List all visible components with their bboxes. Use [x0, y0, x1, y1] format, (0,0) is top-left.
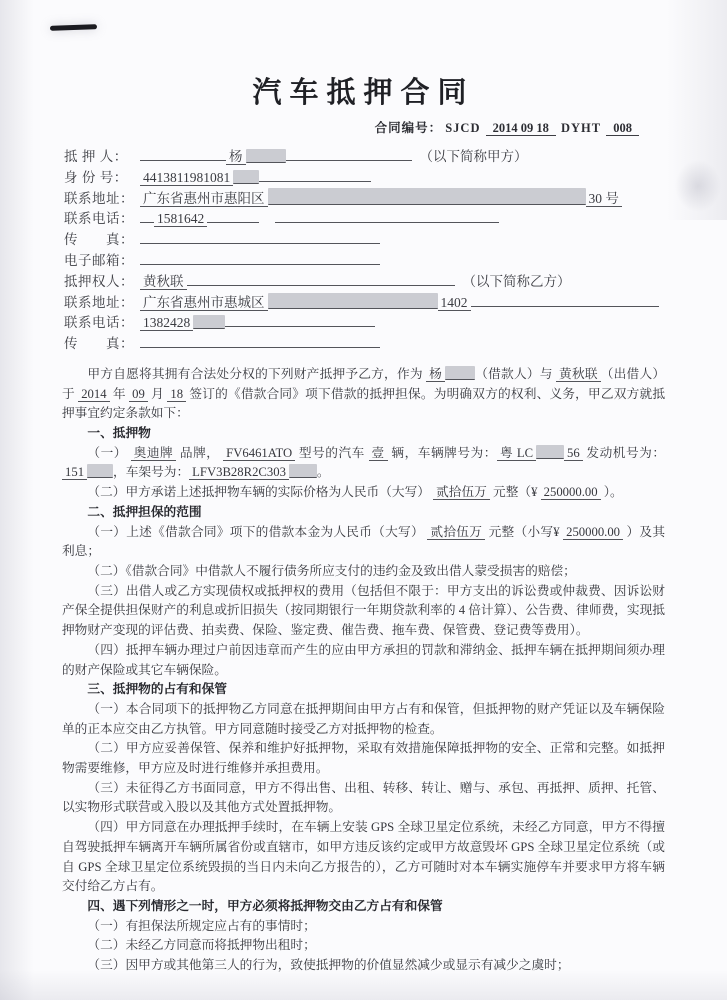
text-run: ）。 — [601, 485, 623, 499]
party-info-form: 抵 押 人：杨（以下简称甲方）身 份 号：4413811981081联系地址：广… — [64, 145, 727, 353]
fill-in-value: 250000.00 — [541, 485, 601, 500]
scan-smudge-right — [675, 160, 721, 212]
form-field-label: 联系地址： — [64, 291, 140, 311]
contract-number-prefix: SJCD — [445, 121, 480, 135]
fill-in-value: 杨 — [226, 149, 246, 165]
section-heading: 一、抵押物 — [62, 424, 665, 444]
scanned-contract-page: 汽车抵押合同 合同编号： SJCD 2014 09 18 DYHT 008 抵 … — [0, 0, 727, 1000]
contract-paragraph: （二）《借款合同》中借款人不履行债务所应支付的违约金及致出借人蒙受损害的赔偿； — [62, 562, 665, 582]
contract-body: 甲方自愿将其拥有合法处分权的下列财产抵押予乙方，作为 杨（借款人）与 黄秋联（出… — [62, 365, 665, 976]
form-row: 联系地址：广东省惠州市惠城区1402 — [64, 291, 727, 312]
form-row: 联系电话：1581642 — [64, 207, 727, 228]
form-field-suffix: （以下简称甲方） — [412, 149, 528, 164]
contract-paragraph: （三）出借人或乙方实现债权或抵押权的费用（包括但不限于：甲方支出的诉讼费或仲裁费… — [62, 582, 665, 641]
form-row: 联系地址：广东省惠州市惠阳区30 号 — [64, 187, 727, 208]
contract-paragraph: （二）甲方承诺上述抵押物车辆的实际价格为人民币（大写） 贰拾伍万 元整（¥ 25… — [62, 483, 665, 503]
form-row: 联系电话：1382428 — [64, 311, 727, 332]
fill-in-value: 1382428 — [140, 315, 193, 331]
contract-paragraph: （四）甲方同意在办理抵押手续时，在车辆上安装 GPS 全球卫星定位系统，未经乙方… — [62, 818, 665, 897]
fill-in-value: 奥迪牌 — [131, 446, 177, 461]
contract-paragraph: （四）抵押车辆办理过户前因违章而产生的应由甲方承担的罚款和滞纳金、抵押车辆在抵押… — [62, 641, 665, 680]
text-run: 元整（小写¥ — [485, 525, 563, 539]
blank-underline — [286, 146, 412, 161]
redaction-box — [246, 149, 286, 163]
form-row: 传 真： — [64, 228, 727, 249]
pen-mark — [50, 24, 97, 31]
text-run: 元整（¥ — [490, 485, 541, 499]
fill-in-value: 4413811981081 — [140, 170, 233, 186]
text-run: 辆，车辆牌号为： — [388, 446, 497, 460]
section-heading: 三、抵押物的占有和保管 — [62, 680, 665, 700]
blank-underline — [187, 271, 455, 286]
redaction-box — [536, 445, 564, 459]
text-run: （三）出借人或乙方实现债权或抵押权的费用（包括但不限于：甲方支出的诉讼费或仲裁费… — [62, 584, 665, 637]
text-run: 发动机号为： — [583, 446, 665, 460]
text-run: （一） — [87, 446, 130, 460]
text-run: （二）《借款合同》中借款人不履行债务所应支付的违约金及致出借人蒙受损害的赔偿； — [87, 564, 575, 578]
fill-in-value: 黄秋联 — [140, 274, 187, 290]
contract-paragraph: （一）本合同项下的抵押物乙方同意在抵押期间由甲方占有和保管，但抵押物的财产凭证以… — [62, 700, 665, 739]
redaction-box — [233, 170, 259, 184]
blank-underline — [140, 229, 380, 244]
section-heading: 四、遇下列情形之一时，甲方必须将抵押物交由乙方占有和保管 — [62, 897, 665, 917]
contract-paragraph: （一）有担保法所规定应占有的事情时； — [62, 917, 665, 937]
text-run: （二）甲方承诺上述抵押物车辆的实际价格为人民币（大写） — [87, 485, 433, 499]
form-row: 身 份 号：4413811981081 — [64, 166, 727, 187]
blank-underline — [207, 208, 259, 223]
blank-underline — [140, 146, 226, 161]
fill-in-value: 贰拾伍万 — [427, 525, 485, 540]
contract-paragraph: （三）未征得乙方书面同意，甲方不得出售、出租、转移、转让、赠与、承包、再抵押、质… — [62, 779, 665, 818]
form-row: 抵押权人：黄秋联（以下简称乙方） — [64, 270, 727, 291]
form-field-label: 身 份 号： — [64, 166, 140, 186]
text-run: 品牌， — [176, 446, 223, 460]
text-run: 月 — [148, 387, 168, 401]
form-field-label: 电子邮箱： — [64, 249, 140, 269]
form-field-label: 联系电话： — [64, 311, 140, 331]
fill-in-value: 杨 — [426, 367, 445, 382]
contract-paragraph: 甲方自愿将其拥有合法处分权的下列财产抵押予乙方，作为 杨（借款人）与 黄秋联（出… — [62, 365, 665, 424]
page-title: 汽车抵押合同 — [0, 70, 727, 111]
redaction-box — [268, 188, 586, 205]
blank-underline — [259, 167, 371, 182]
form-row: 抵 押 人：杨（以下简称甲方） — [64, 145, 727, 166]
fill-in-value: 广东省惠州市惠阳区 — [140, 191, 268, 207]
fill-in-value: 56 — [564, 446, 583, 461]
redaction-box — [445, 366, 475, 380]
redaction-box — [87, 464, 113, 478]
section-heading: 二、抵押担保的范围 — [62, 503, 665, 523]
blank-underline — [140, 333, 380, 348]
fill-in-value: 黄秋联 — [556, 367, 601, 382]
fill-in-value: 壹 — [369, 446, 388, 461]
text-run: （一）有担保法所规定应占有的事情时； — [87, 919, 315, 933]
blank-underline — [225, 312, 375, 327]
contract-paragraph: （一）上述《借款合同》项下的借款本金为人民币（大写） 贰拾伍万 元整（小写¥ 2… — [62, 523, 665, 562]
contract-paragraph: （二）未经乙方同意而将抵押物出租时； — [62, 936, 665, 956]
text-run: 三、抵押物的占有和保管 — [87, 682, 227, 696]
contract-paragraph: （二）甲方应妥善保管、保养和维护好抵押物，采取有效措施保障抵押物的安全、正常和完… — [62, 739, 665, 778]
fill-in-value: 250000.00 — [563, 525, 623, 540]
form-field-label: 联系地址： — [64, 187, 140, 207]
text-run: （四）抵押车辆办理过户前因违章而产生的应由甲方承担的罚款和滞纳金、抵押车辆在抵押… — [62, 643, 665, 677]
form-field-label: 传 真： — [64, 332, 140, 352]
text-run: 型号的汽车 — [295, 446, 368, 460]
text-run: （四）甲方同意在办理抵押手续时，在车辆上安装 GPS 全球卫星定位系统，未经乙方… — [62, 820, 665, 893]
text-run: （二）甲方应妥善保管、保养和维护好抵押物，采取有效措施保障抵押物的安全、正常和完… — [62, 741, 665, 775]
text-run: （一）上述《借款合同》项下的借款本金为人民币（大写） — [87, 525, 427, 539]
fill-in-value: 09 — [129, 387, 148, 402]
text-run: 。 — [317, 465, 330, 479]
text-run: 二、抵押担保的范围 — [87, 505, 201, 519]
redaction-box — [268, 293, 438, 309]
scan-shadow-left — [0, 0, 34, 1000]
text-run: （借款人）与 — [475, 367, 556, 381]
redaction-box — [289, 464, 317, 478]
contract-number-mid: DYHT — [561, 121, 601, 135]
fill-in-value: 广东省惠州市惠城区 — [140, 295, 268, 311]
redaction-box — [193, 315, 225, 329]
blank-underline — [275, 208, 499, 223]
form-field-label: 传 真： — [64, 228, 140, 248]
text-run: 年 — [110, 387, 130, 401]
fill-in-value: 贰拾伍万 — [433, 485, 490, 500]
underline-gap — [259, 209, 275, 223]
contract-number: 合同编号： SJCD 2014 09 18 DYHT 008 — [0, 118, 641, 136]
fill-in-value: 1581642 — [154, 211, 207, 227]
fill-in-value: LFV3B28R2C303 — [189, 465, 289, 480]
form-field-suffix: （以下简称乙方） — [455, 274, 571, 289]
form-field-label: 联系电话： — [64, 207, 140, 227]
fill-in-value: 18 — [167, 387, 186, 402]
contract-number-date: 2014 09 18 — [486, 121, 556, 136]
fill-in-value: 2014 — [78, 387, 109, 402]
blank-underline — [140, 250, 380, 265]
text-run: （三）未征得乙方书面同意，甲方不得出售、出租、转移、转让、赠与、承包、再抵押、质… — [62, 781, 665, 815]
fill-in-value: 1402 — [438, 295, 471, 311]
text-run: 甲方自愿将其拥有合法处分权的下列财产抵押予乙方，作为 — [87, 367, 426, 381]
fill-in-value: FV6461ATO — [223, 446, 295, 461]
form-field-label: 抵 押 人： — [64, 145, 140, 165]
text-run: ，车架号为： — [113, 465, 189, 479]
blank-underline — [471, 292, 659, 307]
form-field-label: 抵押权人： — [64, 270, 140, 290]
contract-paragraph: （一） 奥迪牌 品牌， FV6461ATO 型号的汽车 壹 辆，车辆牌号为：粤 … — [62, 444, 665, 483]
text-run: 一、抵押物 — [87, 426, 150, 440]
form-row: 传 真： — [64, 332, 727, 353]
text-run: （二）未经乙方同意而将抵押物出租时； — [87, 938, 315, 952]
text-run: （一）本合同项下的抵押物乙方同意在抵押期间由甲方占有和保管，但抵押物的财产凭证以… — [62, 702, 665, 736]
scan-shadow-bottom — [0, 970, 727, 1000]
contract-number-serial: 008 — [606, 121, 639, 136]
blank-underline — [140, 208, 154, 223]
fill-in-value: 粤 LC — [497, 446, 536, 461]
text-run: 四、遇下列情形之一时，甲方必须将抵押物交由乙方占有和保管 — [87, 899, 442, 913]
fill-in-value: 30 号 — [586, 191, 622, 207]
form-row: 电子邮箱： — [64, 249, 727, 270]
fill-in-value: 151 — [62, 465, 87, 480]
contract-number-label: 合同编号： — [375, 121, 443, 135]
